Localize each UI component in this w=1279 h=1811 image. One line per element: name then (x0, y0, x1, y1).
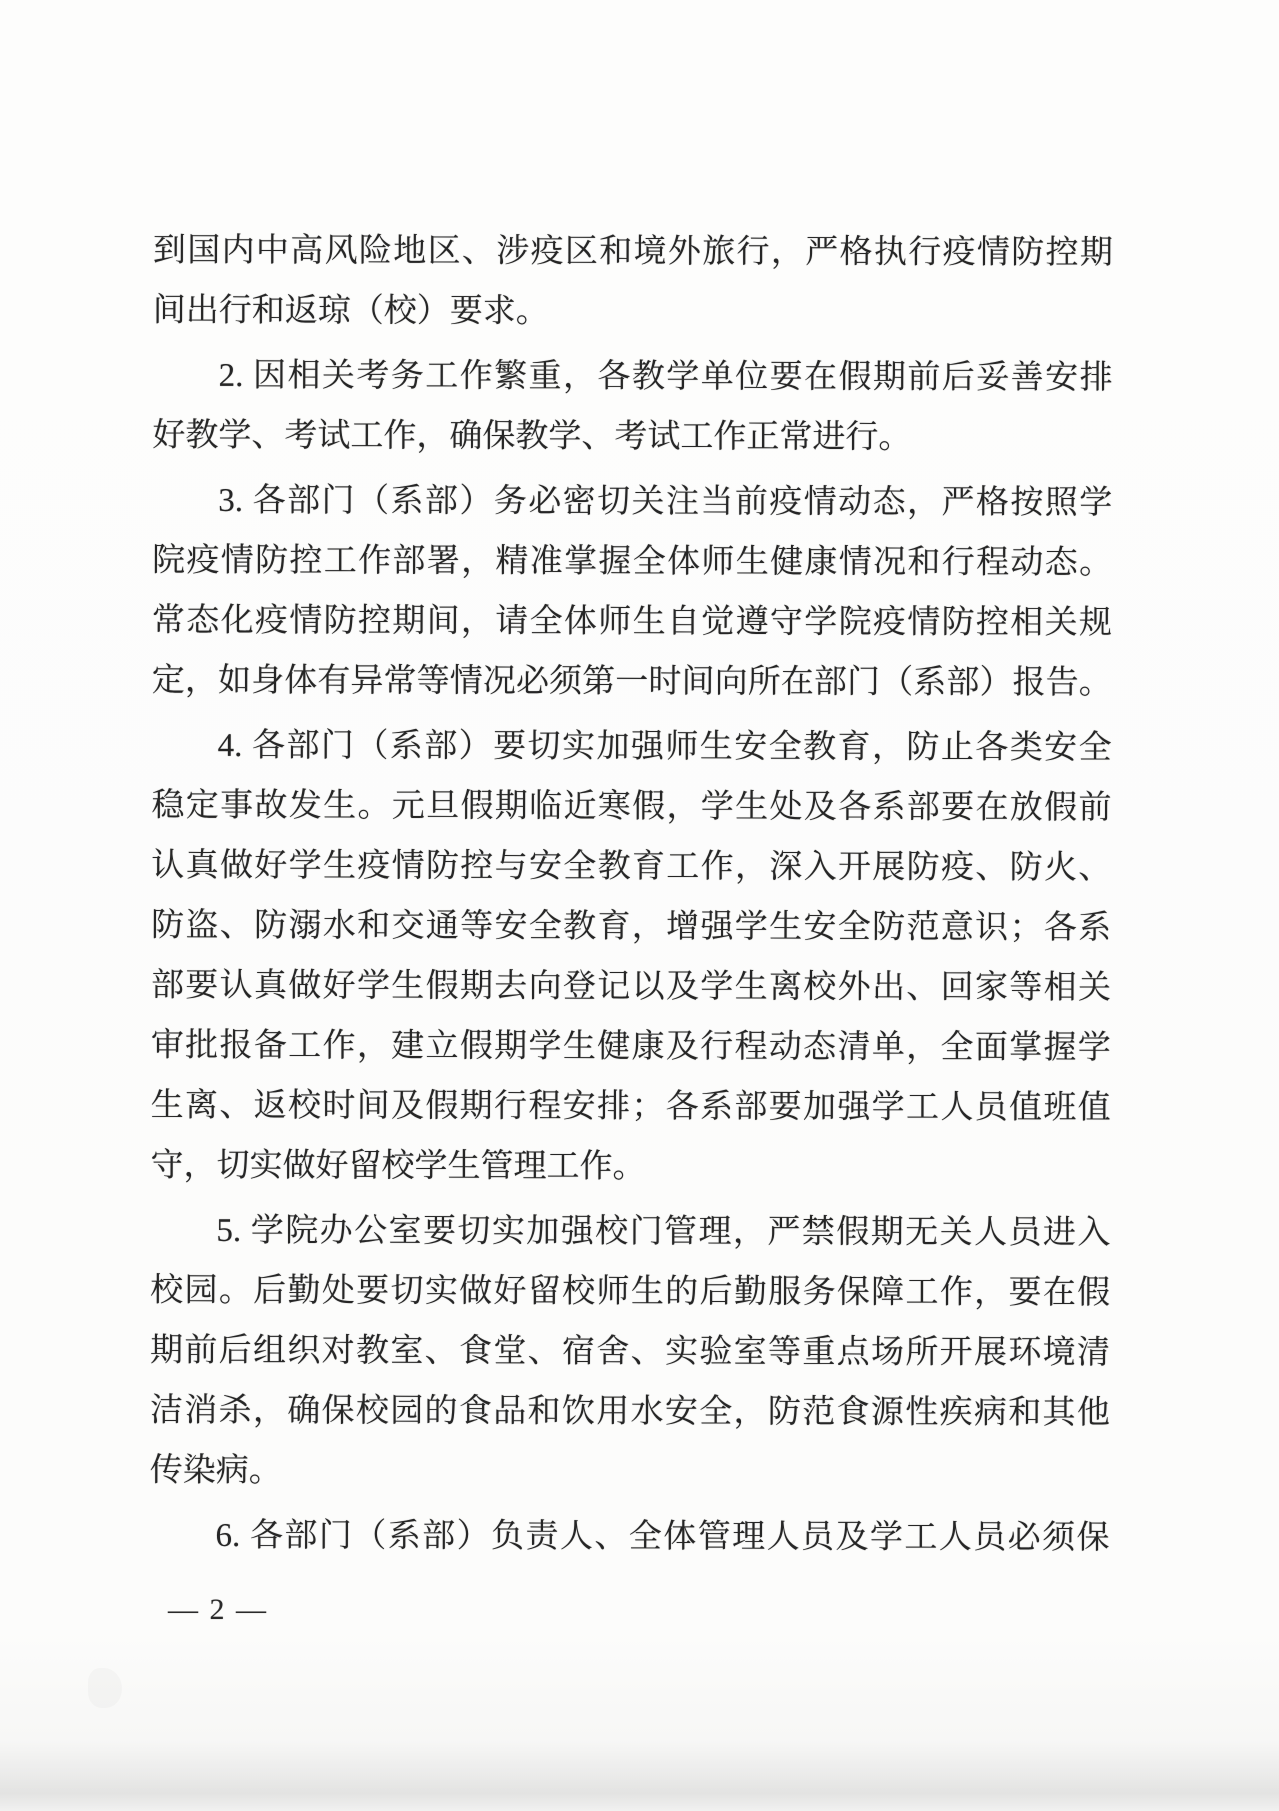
document-body: 到国内中高风险地区、涉疫区和境外旅行，严格执行疫情防控期间出行和返琼（校）要求。… (149, 221, 1113, 1569)
scan-artifact-bottom-shade (0, 1741, 1279, 1811)
document-line: 守，切实做好留校学生管理工作。 (150, 1136, 1110, 1199)
scan-artifact-smudge (88, 1668, 122, 1708)
document-line: 5. 学院办公室要切实加强校门管理，严禁假期无关人员进入 (150, 1201, 1110, 1264)
document-line: 洁消杀，确保校园的食品和饮用水安全，防范食源性疾病和其他 (150, 1381, 1110, 1444)
paragraph: 2. 因相关考务工作繁重，各教学单位要在假期前后妥善安排好教学、考试工作，确保教… (152, 346, 1112, 469)
document-line: 常态化疫情防控期间，请全体师生自觉遵守学院疫情防控相关规 (152, 591, 1112, 654)
document-line: 2. 因相关考务工作繁重，各教学单位要在假期前后妥善安排 (153, 346, 1113, 409)
document-line: 传染病。 (150, 1441, 1110, 1504)
document-line: 定，如身体有异常等情况必须第一时间向所在部门（系部）报告。 (152, 651, 1112, 714)
document-line: 认真做好学生疫情防控与安全教育工作，深入开展防疫、防火、 (151, 836, 1111, 899)
document-line: 3. 各部门（系部）务必密切关注当前疫情动态，严格按照学 (152, 471, 1112, 534)
document-line: 期前后组织对教室、食堂、宿舍、实验室等重点场所开展环境清 (150, 1321, 1110, 1384)
document-line: 6. 各部门（系部）负责人、全体管理人员及学工人员必须保 (149, 1506, 1109, 1569)
document-line: 审批报备工作，建立假期学生健康及行程动态清单，全面掌握学 (151, 1016, 1111, 1079)
scanned-document-page: 到国内中高风险地区、涉疫区和境外旅行，严格执行疫情防控期间出行和返琼（校）要求。… (0, 0, 1279, 1811)
paragraph: 5. 学院办公室要切实加强校门管理，严禁假期无关人员进入校园。后勤处要切实做好留… (150, 1201, 1111, 1504)
document-line: 好教学、考试工作，确保教学、考试工作正常进行。 (152, 406, 1112, 469)
document-line: 稳定事故发生。元旦假期临近寒假，学生处及各系部要在放假前 (151, 776, 1111, 839)
document-line: 院疫情防控工作部署，精准掌握全体师生健康情况和行程动态。 (152, 531, 1112, 594)
document-line: 生离、返校时间及假期行程安排；各系部要加强学工人员值班值 (151, 1076, 1111, 1139)
document-line: 部要认真做好学生假期去向登记以及学生离校外出、回家等相关 (151, 956, 1111, 1019)
paragraph: 3. 各部门（系部）务必密切关注当前疫情动态，严格按照学院疫情防控工作部署，精准… (152, 471, 1113, 714)
paragraph: 到国内中高风险地区、涉疫区和境外旅行，严格执行疫情防控期间出行和返琼（校）要求。 (153, 221, 1113, 344)
page-number: — 2 — (168, 1593, 268, 1627)
paragraph: 4. 各部门（系部）要切实加强师生安全教育，防止各类安全稳定事故发生。元旦假期临… (150, 716, 1111, 1199)
document-line: 到国内中高风险地区、涉疫区和境外旅行，严格执行疫情防控期 (153, 221, 1113, 284)
document-line: 4. 各部门（系部）要切实加强师生安全教育，防止各类安全 (152, 716, 1112, 779)
paragraph: 6. 各部门（系部）负责人、全体管理人员及学工人员必须保 (149, 1506, 1109, 1569)
document-line: 校园。后勤处要切实做好留校师生的后勤服务保障工作，要在假 (150, 1261, 1110, 1324)
document-line: 间出行和返琼（校）要求。 (153, 281, 1113, 344)
document-line: 防盗、防溺水和交通等安全教育，增强学生安全防范意识；各系 (151, 896, 1111, 959)
